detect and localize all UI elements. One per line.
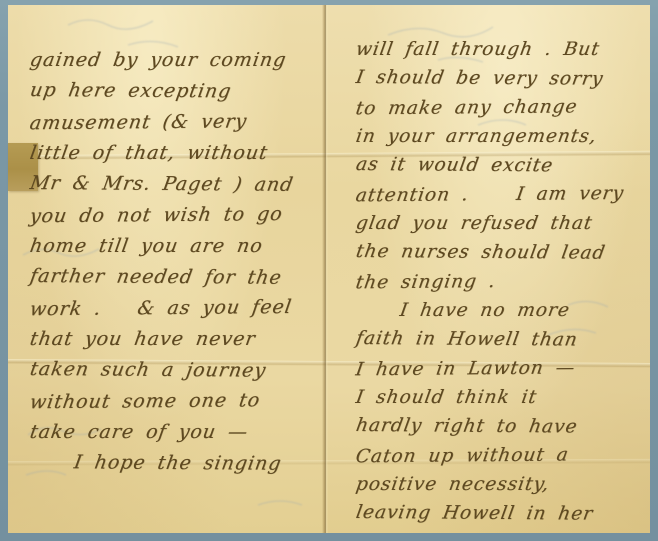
handwritten-line: amusement (& very bbox=[27, 106, 322, 140]
handwritten-line: I hope the singing bbox=[28, 447, 323, 480]
handwritten-line: little of that, without bbox=[28, 138, 323, 169]
handwritten-line: to make any change bbox=[354, 92, 658, 124]
handwritten-line: attention . I am very bbox=[354, 179, 658, 211]
handwritten-line: Mr & Mrs. Paget ) and bbox=[28, 168, 323, 201]
handwritten-line: I should think it bbox=[354, 383, 658, 412]
handwritten-line: Caton up without a bbox=[354, 440, 658, 472]
handwritten-line: I have no more bbox=[354, 296, 658, 325]
handwritten-line: positive necessity, bbox=[354, 470, 658, 499]
handwritten-line: farther needed for the bbox=[28, 261, 323, 294]
handwritten-text-left-page: gained by your coming up here excepting … bbox=[30, 45, 320, 479]
handwritten-line: leaving Howell in her bbox=[354, 498, 658, 529]
handwritten-line: faith in Howell than bbox=[354, 324, 658, 355]
handwritten-line: up here excepting bbox=[28, 75, 323, 108]
letter-scan-background: gained by your coming up here excepting … bbox=[0, 0, 658, 541]
handwritten-line: as it would excite bbox=[354, 150, 658, 181]
letter-paper: gained by your coming up here excepting … bbox=[8, 5, 650, 533]
handwritten-line: work . & as you feel bbox=[27, 292, 322, 326]
center-fold-crease bbox=[322, 5, 328, 533]
handwritten-line: without some one to bbox=[27, 385, 322, 419]
handwritten-line: home till you are no bbox=[28, 231, 323, 262]
handwritten-line: gained by your coming bbox=[28, 45, 323, 76]
handwritten-line: take care of you — bbox=[28, 417, 323, 448]
handwritten-line: hardly right to have bbox=[354, 411, 658, 442]
handwritten-line: you do not wish to go bbox=[27, 199, 322, 233]
handwritten-line: in your arrangements, bbox=[354, 122, 658, 151]
handwritten-line: the singing . bbox=[354, 266, 658, 298]
handwritten-line: the nurses should lead bbox=[354, 237, 658, 268]
handwritten-line: will fall through . But bbox=[354, 35, 658, 64]
handwritten-line: glad you refused that bbox=[354, 209, 658, 238]
handwritten-line: I have in Lawton — bbox=[354, 353, 658, 385]
handwritten-line: I should be very sorry bbox=[354, 63, 658, 94]
handwritten-line: taken such a journey bbox=[28, 354, 323, 387]
handwritten-line: that you have never bbox=[28, 324, 323, 355]
handwritten-text-right-page: will fall through . But I should be very… bbox=[356, 35, 656, 528]
